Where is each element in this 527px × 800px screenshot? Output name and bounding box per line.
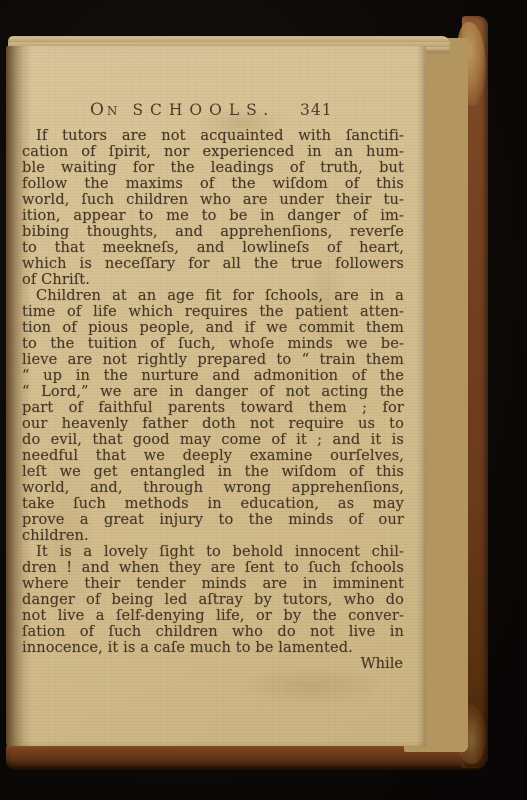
text-line: danger of being led aſtray by tutors, wh…: [22, 592, 404, 608]
text-line: It is a lovely ſight to behold innocent …: [22, 544, 404, 560]
book-page: OnSchools. 341 If tutors are not acquain…: [6, 46, 426, 746]
text-line: “ up in the nurture and admonition of th…: [22, 368, 404, 384]
chapter-title: OnSchools.: [90, 100, 275, 120]
running-header: OnSchools. 341: [22, 100, 404, 128]
screenshot-root: { "page": { "header": { "title_word1": "…: [0, 0, 527, 800]
text-line: world, and, through wrong apprehenſions,: [22, 480, 404, 496]
text-line: “ Lord,” we are in danger of not acting …: [22, 384, 404, 400]
text-line: prove a great injury to the minds of our: [22, 512, 404, 528]
text-line: cation of ſpirit, nor experienced in an …: [22, 144, 404, 160]
text-line: to the tuition of ſuch, whoſe minds we b…: [22, 336, 404, 352]
text-line: to that meekneſs, and lowlineſs of heart…: [22, 240, 404, 256]
text-line: leſt we get entangled in the wiſdom of t…: [22, 464, 404, 480]
page-number: 341: [300, 101, 333, 119]
photo-background: OnSchools. 341 If tutors are not acquain…: [0, 0, 527, 800]
text-line: where their tender minds are in imminent: [22, 576, 404, 592]
catchword: While: [22, 656, 404, 672]
text-line: take ſuch methods in education, as may: [22, 496, 404, 512]
text-line: which is neceſſary for all the true foll…: [22, 256, 404, 272]
text-line: ition, appear to me to be in danger of i…: [22, 208, 404, 224]
paragraph-2: Children at an age fit for ſchools, are …: [22, 288, 404, 544]
text-line: our heavenly father doth not require us …: [22, 416, 404, 432]
paragraph-1: If tutors are not acquainted with ſancti…: [22, 128, 404, 288]
text-line: ble waiting for the leadings of truth, b…: [22, 160, 404, 176]
text-line: not live a ſelf-denying life, or by the …: [22, 608, 404, 624]
text-line: needful that we deeply examine ourſelves…: [22, 448, 404, 464]
text-line: Children at an age fit for ſchools, are …: [22, 288, 404, 304]
text-line: time of life which requires the patient …: [22, 304, 404, 320]
text-line: If tutors are not acquainted with ſancti…: [22, 128, 404, 144]
text-line: ſation of ſuch children who do not live …: [22, 624, 404, 640]
text-line: dren ! and when they are ſent to ſuch ſc…: [22, 560, 404, 576]
text-line: innocence, it is a caſe much to be lamen…: [22, 640, 404, 656]
text-line: do evil, that good may come of it ; and …: [22, 432, 404, 448]
chapter-title-word: Schools.: [132, 101, 275, 119]
paper-stain: [236, 666, 386, 706]
page-content: OnSchools. 341 If tutors are not acquain…: [22, 100, 404, 672]
text-line: part of faithful parents toward them ; f…: [22, 400, 404, 416]
chapter-title-word: On: [90, 100, 120, 120]
paragraph-3: It is a lovely ſight to behold innocent …: [22, 544, 404, 656]
text-line: world, ſuch children who are under their…: [22, 192, 404, 208]
book: OnSchools. 341 If tutors are not acquain…: [2, 14, 492, 772]
text-line: tion of pious people, and if we commit t…: [22, 320, 404, 336]
text-line: follow the maxims of the wiſdom of this: [22, 176, 404, 192]
text-line: lieve are not rightly prepared to “ trai…: [22, 352, 404, 368]
text-line: bibing thoughts, and apprehenſions, reve…: [22, 224, 404, 240]
